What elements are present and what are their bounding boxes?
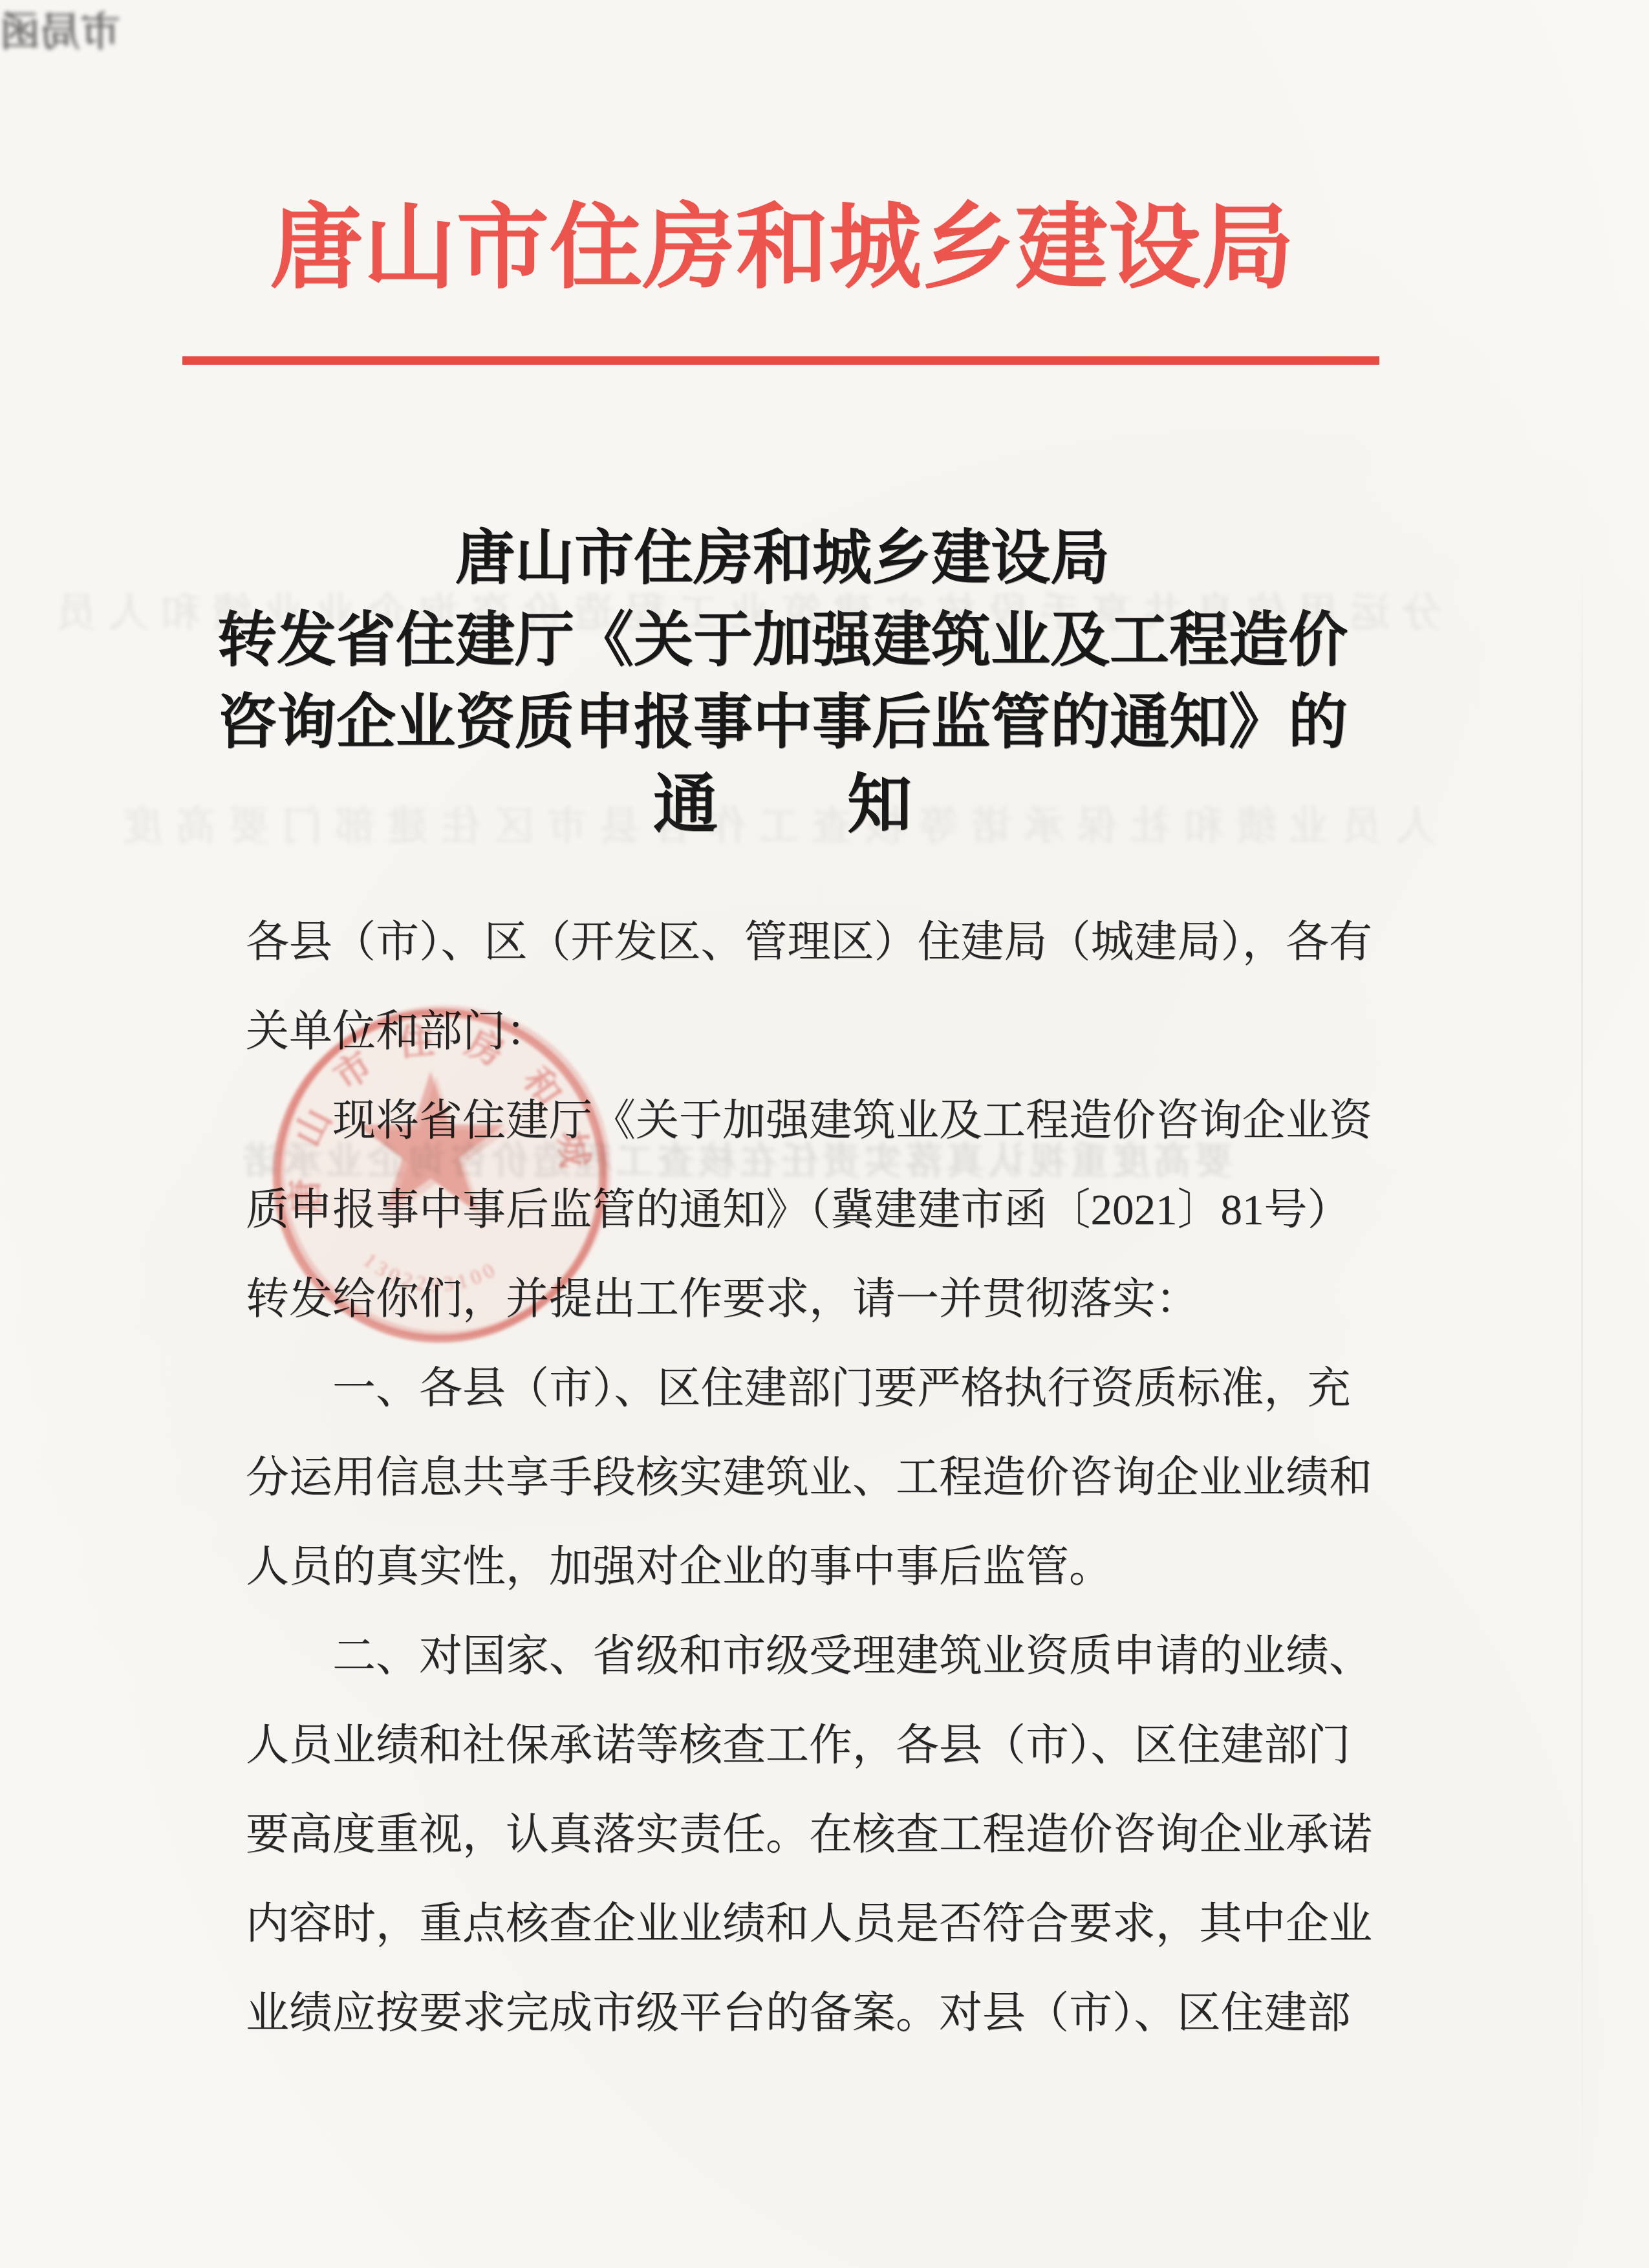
- body-line: 人员的真实性，加强对企业的事中事后监管。: [246, 1522, 1419, 1612]
- body-line: 内容时，重点核查企业业绩和人员是否符合要求，其中企业: [246, 1879, 1419, 1969]
- body-line: 转发给你们，并提出工作要求，请一并贯彻落实：: [246, 1255, 1419, 1344]
- letterhead-title: 唐山市住房和城乡建设局: [181, 194, 1384, 303]
- title-line-1: 唐山市住房和城乡建设局: [181, 517, 1384, 599]
- body-line: 人员业绩和社保承诺等核查工作，各县（市）、区住建部门: [246, 1701, 1419, 1790]
- letterhead-divider-line: [182, 356, 1379, 365]
- bleedthrough-ghost-text: 市局函: [0, 0, 120, 58]
- body-line: 各县（市）、区（开发区、管理区）住建局（城建局），各有: [246, 898, 1419, 987]
- body-paragraphs: 各县（市）、区（开发区、管理区）住建局（城建局），各有 关单位和部门： 现将省住…: [246, 898, 1419, 2058]
- title-line-2: 转发省住建厅《关于加强建筑业及工程造价: [181, 599, 1384, 682]
- body-line: 业绩应按要求完成市级平台的备案。对县（市）、区住建部: [246, 1969, 1419, 2058]
- title-line-4: 通 知: [181, 764, 1384, 846]
- body-line: 分运用信息共享手段核实建筑业、工程造价咨询企业业绩和: [246, 1433, 1419, 1522]
- body-line: 二、对国家、省级和市级受理建筑业资质申请的业绩、: [246, 1612, 1419, 1701]
- body-line: 一、各县（市）、区住建部门要严格执行资质标准，充: [246, 1344, 1419, 1433]
- body-line: 现将省住建厅《关于加强建筑业及工程造价咨询企业资: [246, 1076, 1419, 1165]
- body-line: 关单位和部门：: [246, 987, 1419, 1076]
- page-content: 唐山市住房和城乡建设局 唐山市住房和城乡建设局 转发省住建厅《关于加强建筑业及工…: [181, 0, 1384, 2268]
- document-title: 唐山市住房和城乡建设局 转发省住建厅《关于加强建筑业及工程造价 咨询企业资质申报…: [181, 517, 1384, 846]
- scanned-document-page: { "document": { "letterhead": "唐山市住房和城乡建…: [0, 0, 1649, 2268]
- body-line: 要高度重视，认真落实责任。在核查工程造价咨询企业承诺: [246, 1790, 1419, 1879]
- scan-crease-line: [1581, 556, 1583, 2212]
- title-line-3: 咨询企业资质申报事中事后监管的通知》的: [181, 682, 1384, 764]
- body-line: 质申报事中事后监管的通知》（冀建建市函〔2021〕81号）: [246, 1165, 1419, 1255]
